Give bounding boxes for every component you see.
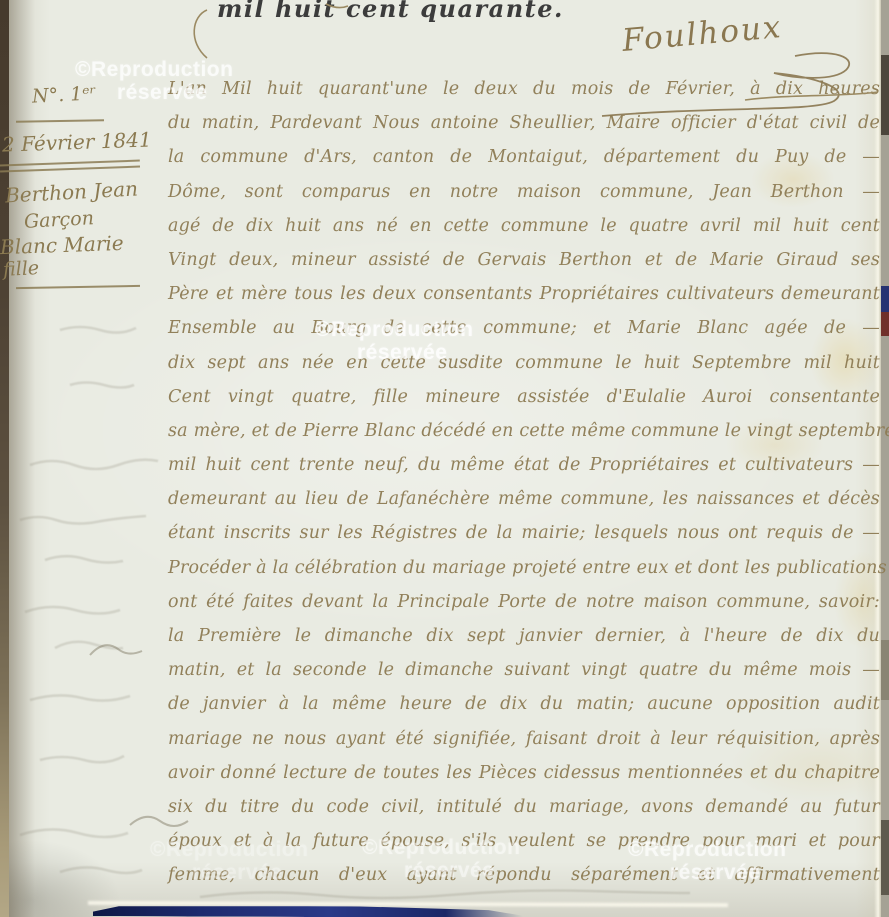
manuscript-line: Vingt deux, mineur assisté de Gervais Be… [168,243,880,277]
manuscript-line: L'an Mil huit quarant'une le deux du moi… [168,72,880,106]
paper-crease [88,901,728,907]
manuscript-line: sa mère, et de Pierre Blanc décédé en ce… [168,414,880,448]
manuscript-line: Père et mère tous les deux consentants P… [168,277,880,311]
manuscript-line: de janvier à la même heure de dix du mat… [168,687,880,721]
edge-mark-red [881,312,889,336]
manuscript-line: mil huit cent trente neuf, du même état … [168,448,880,482]
margin-rule-1 [16,119,104,123]
printed-year-header: mil huit cent quarante. [217,0,564,23]
manuscript-line: matin, et la seconde le dimanche suivant… [168,653,880,687]
margin-groom-status: Garçon [23,207,94,233]
edge-mark-dark-bottom [881,820,889,895]
manuscript-line: la commune d'Ars, canton de Montaigut, d… [168,140,880,174]
manuscript-line: avoir donné lecture de toutes les Pièces… [168,756,880,790]
manuscript-line: dix sept ans née en cette susdite commun… [168,346,880,380]
margin-bride-status: fille [2,257,39,281]
manuscript-line: la Première le dimanche dix sept janvier… [168,619,880,653]
manuscript-line: Procéder à la célébration du mariage pro… [168,551,880,585]
edge-mark-tan [881,640,889,700]
next-page-strip [93,905,523,917]
manuscript-line: six du titre du code civil, intitulé du … [168,790,880,824]
manuscript-line: agé de dix huit ans né en cette commune … [168,209,880,243]
manuscript-line: du matin, Pardevant Nous antoine Sheulli… [168,106,880,140]
manuscript-line: demeurant au lieu de Lafanéchère même co… [168,482,880,516]
manuscript-line: femme, chacun d'eux ayant répondu séparé… [168,858,880,892]
margin-act-number: N°. 1ᵉʳ [31,82,96,107]
register-page-scan: mil huit cent quarante. Foulhoux N°. 1ᵉʳ… [0,0,889,917]
manuscript-line: ont été faites devant la Principale Port… [168,585,880,619]
scan-right-strip [881,0,889,917]
margin-act-date: 2 Février 1841 [2,127,152,156]
manuscript-line: mariage ne nous ayant été signifiée, fai… [168,722,880,756]
margin-bride-name: Blanc Marie [0,231,124,259]
manuscript-line: Cent vingt quatre, fille mineure assisté… [168,380,880,414]
manuscript-line: étant inscrits sur les Régistres de la m… [168,516,880,550]
edge-mark-navy [881,286,889,312]
manuscript-line: Ensemble au Bourg de cette commune; et M… [168,311,880,345]
manuscript-line: Dôme, sont comparus en notre maison comm… [168,175,880,209]
act-text: L'an Mil huit quarant'une le deux du moi… [168,72,880,893]
manuscript-line: époux et à la future épouse, s'ils veule… [168,824,880,858]
